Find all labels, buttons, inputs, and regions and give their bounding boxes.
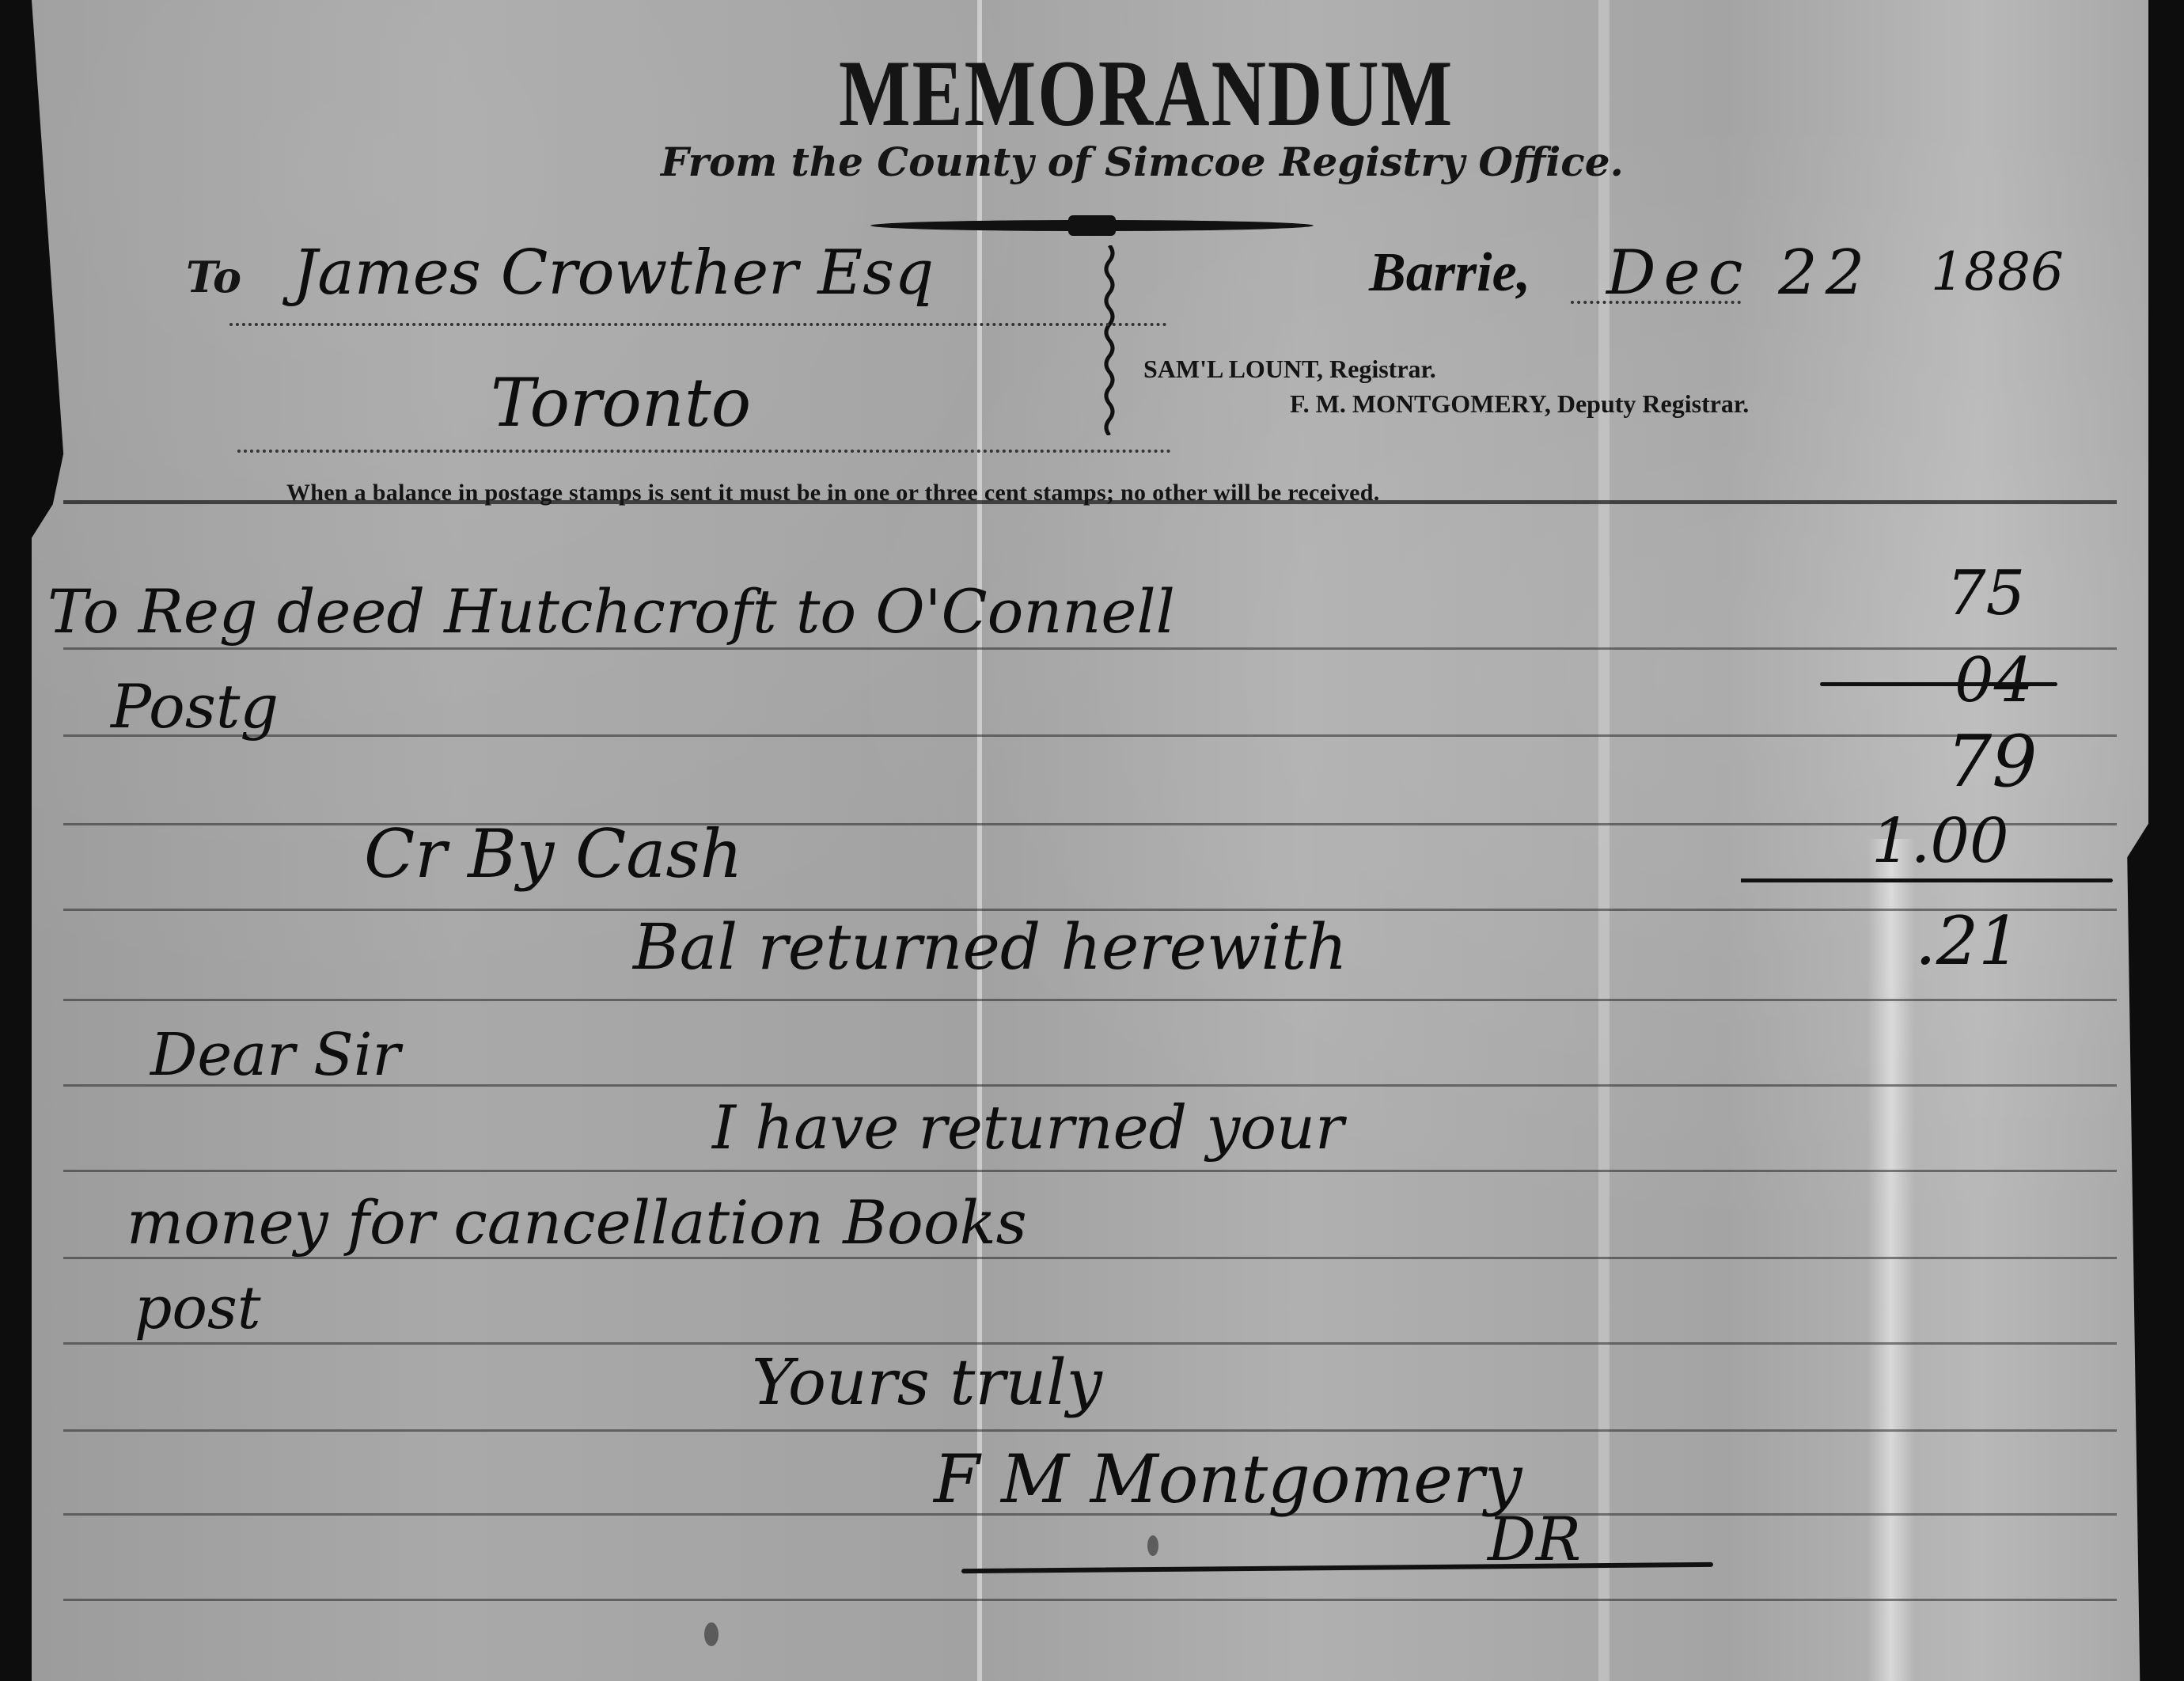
deputy-role: Deputy Registrar. bbox=[1557, 389, 1749, 418]
registrar-role: Registrar. bbox=[1329, 355, 1436, 383]
ornamental-rule bbox=[870, 220, 1314, 231]
fold-crease bbox=[1867, 839, 1915, 1681]
ledger-line-description: Bal returned herewith bbox=[633, 910, 1348, 984]
ledger-line-amount: .21 bbox=[1915, 902, 2021, 980]
letter-body-line: post bbox=[135, 1274, 261, 1342]
year: 1886 bbox=[1931, 241, 2064, 302]
ruled-line bbox=[63, 1342, 2117, 1345]
place-label: Barrie, bbox=[1369, 241, 1530, 305]
ink-spot bbox=[1147, 1535, 1158, 1556]
to-label: To bbox=[186, 252, 241, 302]
ink-spot bbox=[704, 1622, 719, 1646]
registrar-line: SAM'L LOUNT, Registrar. bbox=[1143, 355, 1436, 384]
recipient-city: Toronto bbox=[491, 364, 751, 442]
ledger-line-description: Postg bbox=[111, 671, 279, 742]
letter-body-line: money for cancellation Books bbox=[127, 1187, 1027, 1258]
postage-notice: When a balance in postage stamps is sent… bbox=[286, 480, 1380, 507]
document-title: MEMORANDUM bbox=[839, 38, 1454, 148]
ruled-line bbox=[63, 1429, 2117, 1432]
registrar-name: SAM'L LOUNT, bbox=[1143, 355, 1323, 383]
ledger-line-amount: 75 bbox=[1947, 558, 2025, 629]
city-line bbox=[237, 450, 1171, 453]
ruled-line bbox=[63, 999, 2117, 1001]
recipient-line bbox=[229, 323, 1167, 326]
ledger-line-amount: 79 bbox=[1947, 720, 2038, 803]
ruled-line bbox=[63, 1599, 2117, 1601]
signature: F M Montgomery bbox=[934, 1440, 1522, 1518]
sum-underline bbox=[1820, 682, 2057, 686]
total-underline bbox=[1741, 878, 2113, 882]
wavy-divider bbox=[1101, 245, 1117, 435]
ledger-line-description: Cr By Cash bbox=[364, 815, 743, 893]
signature-initials: DR bbox=[1488, 1504, 1581, 1574]
letter-body-line: I have returned your bbox=[712, 1092, 1344, 1163]
letter-closing: Yours truly bbox=[752, 1345, 1102, 1419]
date-handwritten: Dec 22 bbox=[1606, 237, 1872, 309]
ruled-line bbox=[63, 734, 2117, 737]
ledger-line-amount: 04 bbox=[1955, 645, 2033, 716]
deputy-registrar-line: F. M. MONTGOMERY, Deputy Registrar. bbox=[1290, 389, 1749, 419]
ruled-line bbox=[63, 1170, 2117, 1172]
recipient-name: James Crowther Esq bbox=[293, 237, 934, 309]
deputy-name: F. M. MONTGOMERY, bbox=[1290, 389, 1551, 418]
document-subtitle: From the County of Simcoe Registry Offic… bbox=[661, 139, 1624, 185]
ledger-line-description: To Reg deed Hutchcroft to O'Connell bbox=[47, 576, 1175, 647]
ruled-line bbox=[63, 647, 2117, 650]
ledger-line-amount: 1.00 bbox=[1871, 806, 2009, 877]
letter-salutation: Dear Sir bbox=[150, 1021, 400, 1089]
